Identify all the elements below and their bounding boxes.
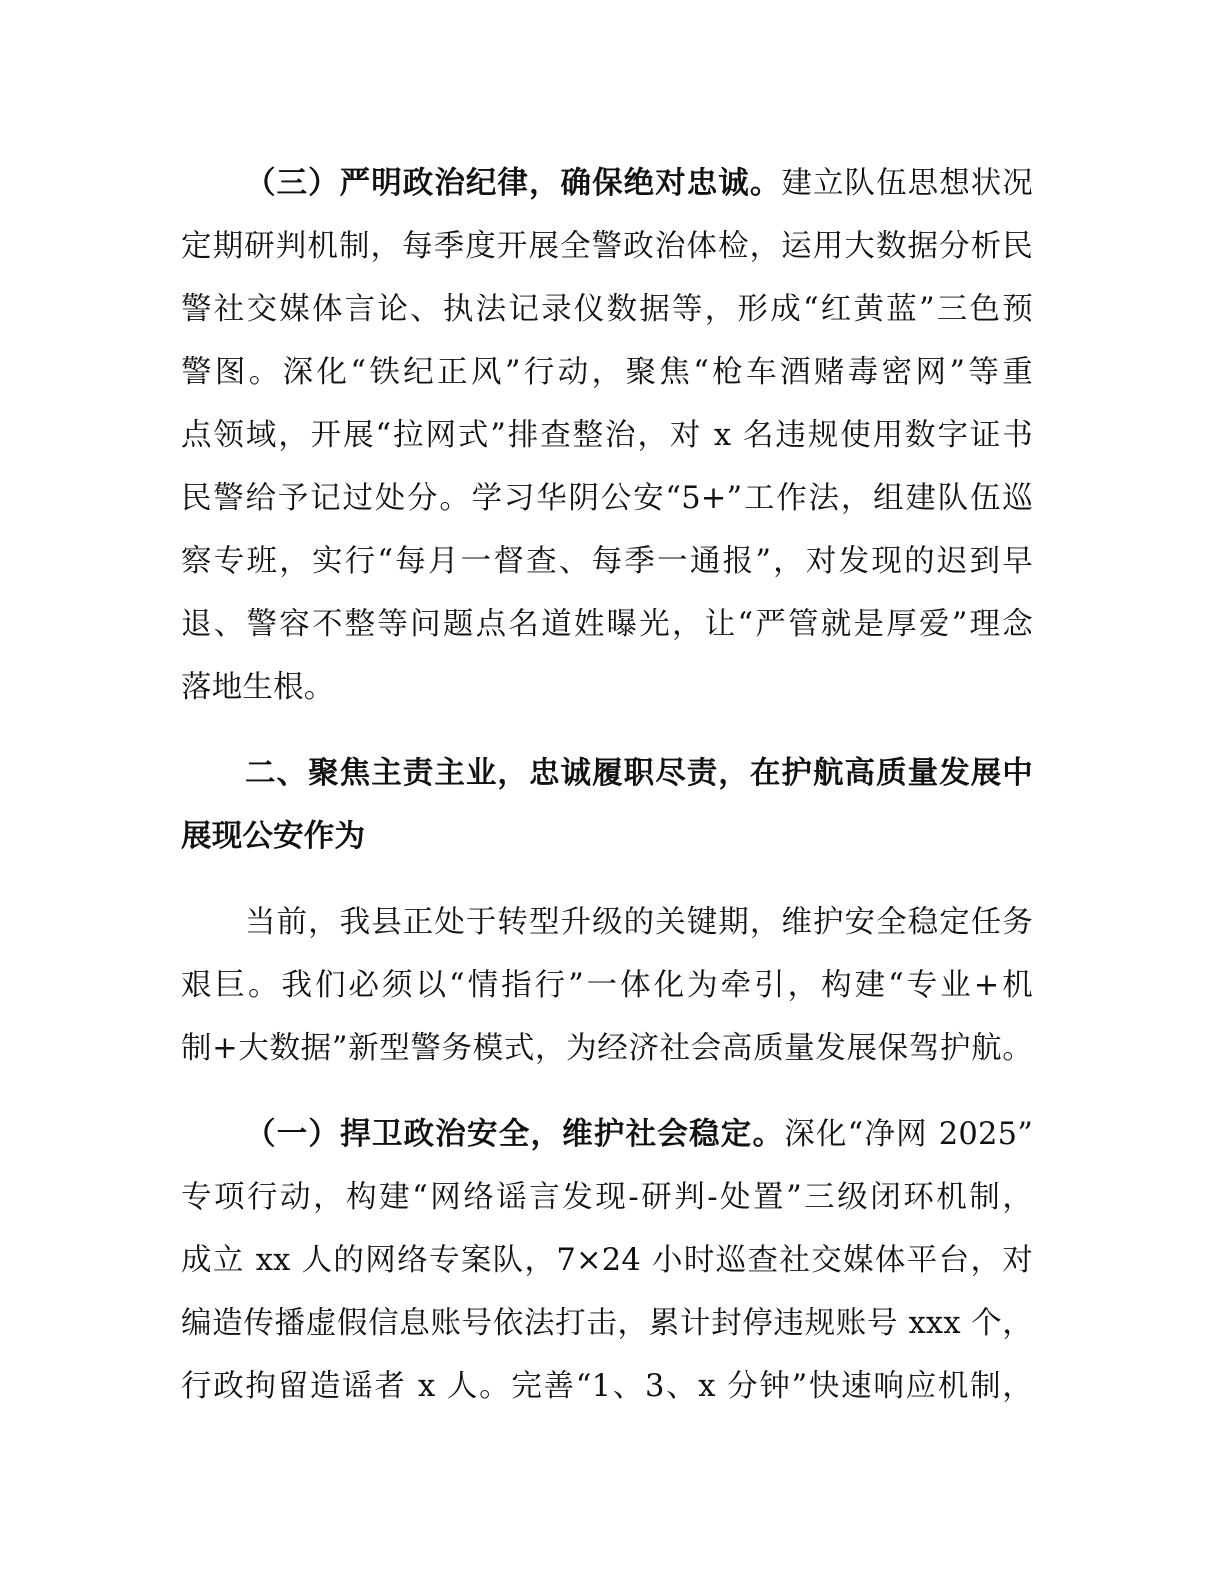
section-1-line-2: 专项行动，构建“网络谣言发现-研判-处置”三级闭环机制， <box>181 1178 1033 1218</box>
intro-line-3: 制+大数据”新型警务模式，为经济社会高质量发展保驾护航。 <box>181 1029 1033 1069</box>
intro-line-2: 艰巨。我们必须以“情指行”一体化为牵引，构建“专业+机 <box>181 966 1033 1006</box>
section-1-text: 深化“净网 2025” <box>784 1117 1033 1152</box>
section-3-line-6: 民警给予记过处分。学习华阴公安“5+”工作法，组建队伍巡 <box>181 479 1033 519</box>
intro-line-1: 当前，我县正处于转型升级的关键期，维护安全稳定任务 <box>245 903 1033 943</box>
heading-2-line-1: 二、聚焦主责主业，忠诚履职尽责，在护航高质量发展中 <box>245 754 1033 794</box>
section-3-line-9: 落地生根。 <box>181 668 1033 708</box>
section-1-line-4: 编造传播虚假信息账号依法打击，累计封停违规账号 xxx 个， <box>181 1304 1033 1344</box>
section-3-line-5: 点领域，开展“拉网式”排查整治，对 x 名违规使用数字证书 <box>181 416 1033 456</box>
section-3-line-3: 警社交媒体言论、执法记录仪数据等，形成“红黄蓝”三色预 <box>181 290 1033 330</box>
section-3-line-2: 定期研判机制，每季度开展全警政治体检，运用大数据分析民 <box>181 227 1033 267</box>
section-3-line-4: 警图。深化“铁纪正风”行动，聚焦“枪车酒赌毒密网”等重 <box>181 353 1033 393</box>
section-1-line-3: 成立 xx 人的网络专案队，7×24 小时巡查社交媒体平台，对 <box>181 1241 1033 1281</box>
section-3-line-1: （三）严明政治纪律，确保绝对忠诚。建立队伍思想状况 <box>245 164 1033 204</box>
section-1-lead: （一）捍卫政治安全，维护社会稳定。 <box>245 1117 784 1152</box>
section-3-line-8: 退、警容不整等问题点名道姓曝光，让“严管就是厚爱”理念 <box>181 605 1033 645</box>
heading-2-line-2: 展现公安作为 <box>181 817 1033 857</box>
section-1-line-5: 行政拘留造谣者 x 人。完善“1、3、x 分钟”快速响应机制， <box>181 1367 1033 1407</box>
section-3-lead: （三）严明政治纪律，确保绝对忠诚。 <box>245 166 781 201</box>
section-3-line-7: 察专班，实行“每月一督查、每季一通报”，对发现的迟到早 <box>181 542 1033 582</box>
section-3-text: 建立队伍思想状况 <box>781 166 1033 201</box>
section-1-line-1: （一）捍卫政治安全，维护社会稳定。深化“净网 2025” <box>245 1115 1033 1155</box>
